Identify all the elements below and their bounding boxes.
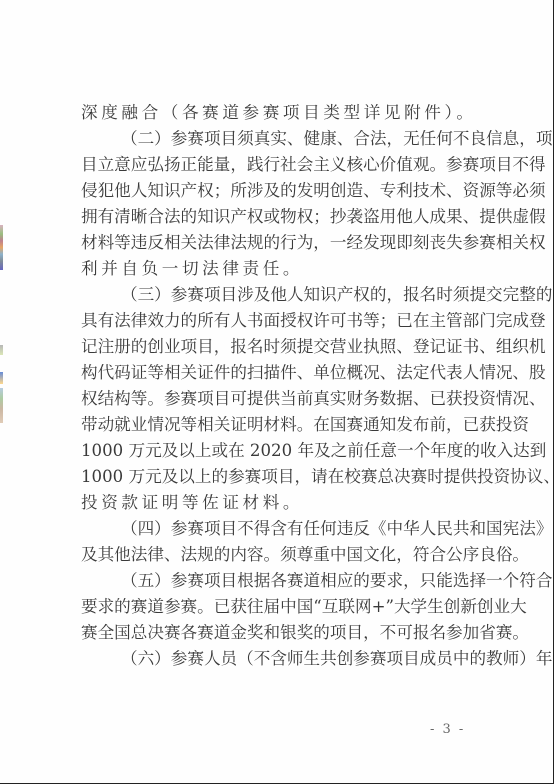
text-line: 1000 万元及以上的参赛项目，请在校赛总决赛时提供投资协议、 xyxy=(81,464,489,490)
text-line: （三）参赛项目涉及他人知识产权的，报名时须提交完整的 xyxy=(81,282,489,308)
text-line: 投资款证明等佐证材料。 xyxy=(81,490,489,516)
page-number: - 3 - xyxy=(430,722,465,737)
scan-artifact xyxy=(0,225,3,270)
text-line: 记注册的创业项目，报名时须提交营业执照、登记证书、组织机 xyxy=(81,334,489,360)
text-line: 构代码证等相关证件的扫描件、单位概况、法定代表人情况、股 xyxy=(81,360,489,386)
text-line: （六）参赛人员（不含师生共创参赛项目成员中的教师）年 xyxy=(81,646,489,672)
document-body: 深度融合（各赛道参赛项目类型详见附件）。 （二）参赛项目须真实、健康、合法，无任… xyxy=(81,100,489,672)
text-line: （四）参赛项目不得含有任何违反《中华人民共和国宪法》 xyxy=(81,516,489,542)
document-page: 深度融合（各赛道参赛项目类型详见附件）。 （二）参赛项目须真实、健康、合法，无任… xyxy=(0,0,554,784)
text-line: 侵犯他人知识产权；所涉及的发明创造、专利技术、资源等必须 xyxy=(81,178,489,204)
text-line: 要求的赛道参赛。已获往届中国“互联网+”大学生创新创业大 xyxy=(81,594,489,620)
text-line: 利并自负一切法律责任。 xyxy=(81,256,489,282)
text-line: 及其他法律、法规的内容。须尊重中国文化，符合公序良俗。 xyxy=(81,542,489,568)
text-line: 目立意应弘扬正能量，践行社会主义核心价值观。参赛项目不得 xyxy=(81,152,489,178)
text-line: （五）参赛项目根据各赛道相应的要求，只能选择一个符合 xyxy=(81,568,489,594)
text-line: 具有法律效力的所有人书面授权许可书等；已在主管部门完成登 xyxy=(81,308,489,334)
text-line: 深度融合（各赛道参赛项目类型详见附件）。 xyxy=(81,100,489,126)
scan-artifact xyxy=(0,388,3,423)
text-line: 材料等违反相关法律法规的行为，一经发现即刻丧失参赛相关权 xyxy=(81,230,489,256)
text-line: 1000 万元及以上或在 2020 年及之前任意一个年度的收入达到 xyxy=(81,438,489,464)
text-line: （二）参赛项目须真实、健康、合法，无任何不良信息，项 xyxy=(81,126,489,152)
text-line: 带动就业情况等相关证明材料。在国赛通知发布前，已获投资 xyxy=(81,412,489,438)
text-line: 拥有清晰合法的知识产权或物权；抄袭盗用他人成果、提供虚假 xyxy=(81,204,489,230)
text-line: 权结构等。参赛项目可提供当前真实财务数据、已获投资情况、 xyxy=(81,386,489,412)
scan-artifact xyxy=(0,345,3,355)
scan-artifact xyxy=(0,372,3,384)
text-line: 赛全国总决赛各赛道金奖和银奖的项目，不可报名参加省赛。 xyxy=(81,620,489,646)
